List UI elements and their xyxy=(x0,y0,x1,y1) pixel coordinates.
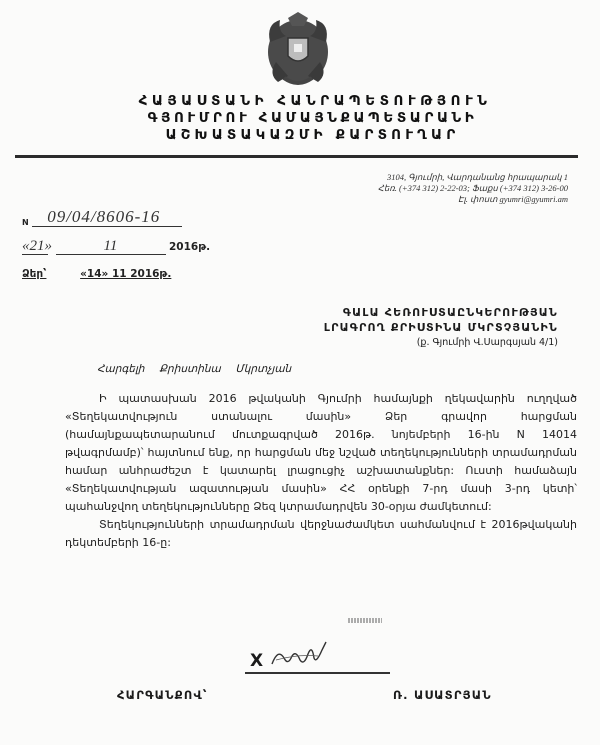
recipient-organization: ԳԱԼԱ ՀԵՌՈՒՍՏԱԸՆԿԵՐՈՒԹՅԱՆ xyxy=(324,305,558,320)
coat-of-arms-icon xyxy=(258,12,338,88)
reference-date: «21» 11 2016թ. xyxy=(22,238,210,255)
handwritten-signature-icon xyxy=(268,640,328,670)
reference-date-year: 2016թ. xyxy=(169,241,210,253)
signature-x-mark: X xyxy=(250,651,263,671)
illegible-mark xyxy=(348,618,382,623)
letter-page: ՀԱՅԱՍՏԱՆԻ ՀԱՆՐԱՊԵՏՈՒԹՅՈՒՆ ԳՅՈՒՄՐՈՒ ՀԱՄԱՅ… xyxy=(0,0,600,745)
sender-address: 3104, Գյումրի, Վարդանանց հրապարակ 1 Հեռ.… xyxy=(378,172,568,205)
letter-body: Ի պատասխան 2016 թվականի Գյումրի համայնքի… xyxy=(65,390,577,552)
letterhead-office: ԱՇԽԱՏԱԿԱԶՄԻ ՔԱՐՏՈՒՂԱՐ xyxy=(0,127,600,144)
reference-number-label: N xyxy=(22,218,29,227)
salutation: Հարգելի Քրիստինա Մկրտչյան xyxy=(97,363,291,375)
body-paragraph: Ի պատասխան 2016 թվականի Գյումրի համայնքի… xyxy=(65,390,577,516)
body-paragraph: Տեղեկությունների տրամադրման վերջնաժամկետ… xyxy=(65,516,577,552)
reference-date-month: 11 xyxy=(56,238,166,255)
your-reference: Ձեր՝ «14» 11 2016թ. xyxy=(22,268,171,280)
address-email: Էլ. փոստ gyumri@gyumri.am xyxy=(378,194,568,205)
letterhead-divider xyxy=(15,155,578,158)
reference-number: N 09/04/8606-16 xyxy=(22,208,182,227)
address-street: 3104, Գյումրի, Վարդանանց հրապարակ 1 xyxy=(378,172,568,183)
letterhead-municipality: ԳՅՈՒՄՐՈՒ ՀԱՄԱՅՆՔԱՊԵՏԱՐԱՆԻ xyxy=(0,110,600,127)
reference-date-day: «21» xyxy=(22,238,48,255)
signature-line xyxy=(245,672,390,674)
signer-name: Ռ. ԱՍԱՏՐՅԱՆ xyxy=(393,688,492,702)
your-reference-label: Ձեր՝ xyxy=(22,268,46,280)
closing-phrase: ՀԱՐԳԱՆՔՈՎ՝ xyxy=(117,688,208,702)
your-reference-date: «14» 11 2016թ. xyxy=(80,268,171,280)
recipient-address: (ք. Գյումրի Վ.Սարգսյան 4/1) xyxy=(324,335,558,350)
recipient-name: ԼՐԱԳՐՈՂ ՔՐԻՍՏԻՆԱ ՄԿՐՏՉՅԱՆԻՆ xyxy=(324,320,558,335)
recipient-block: ԳԱԼԱ ՀԵՌՈՒՍՏԱԸՆԿԵՐՈՒԹՅԱՆ ԼՐԱԳՐՈՂ ՔՐԻՍՏԻՆ… xyxy=(324,305,558,350)
letterhead: ՀԱՅԱՍՏԱՆԻ ՀԱՆՐԱՊԵՏՈՒԹՅՈՒՆ ԳՅՈՒՄՐՈՒ ՀԱՄԱՅ… xyxy=(0,93,600,144)
letterhead-country: ՀԱՅԱՍՏԱՆԻ ՀԱՆՐԱՊԵՏՈՒԹՅՈՒՆ xyxy=(0,93,600,110)
address-phone-fax: Հեռ. (+374 312) 2-22-03; Ֆաքս (+374 312)… xyxy=(378,183,568,194)
reference-number-value: 09/04/8606-16 xyxy=(32,208,182,227)
